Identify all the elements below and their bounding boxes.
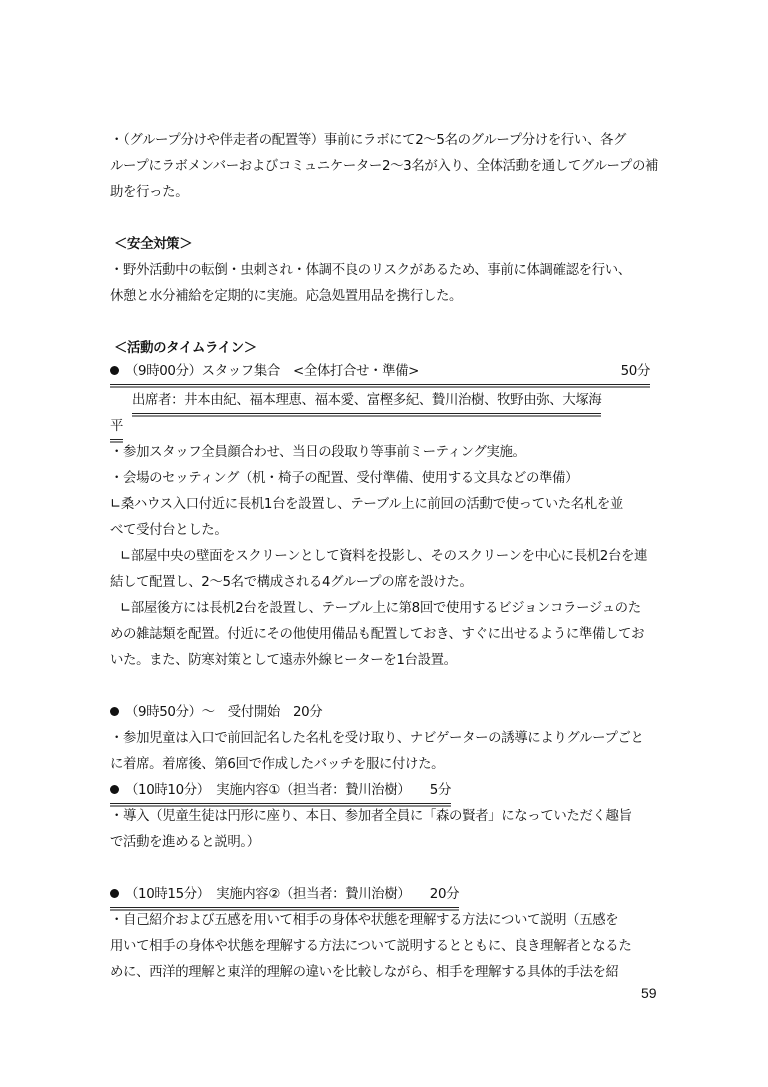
attendees-line: 出席者：井本由紀、福本理恵、福本愛、富樫多紀、贄川治樹、牧野由弥、大塚海 — [110, 388, 662, 414]
text-line: に着席。着席後、第6回で作成したバッチを服に付けた。 — [110, 752, 662, 778]
intro-paragraph: ・（グループ分けや伴走者の配置等）事前にラボにて2～5名のグループ分けを行い、各… — [110, 128, 662, 206]
bullet-icon — [110, 707, 119, 716]
timeline-item-1-title-wrap: （9時00分）スタッフ集合 <全体打合せ・準備> — [110, 362, 419, 382]
timeline-item-header: （9時50分）～ 受付開始 20分 — [110, 700, 662, 726]
section-heading-timeline: ＜活動のタイムライン＞ — [110, 336, 662, 362]
page-number: 59 — [641, 985, 657, 1001]
text-line: 助を行った。 — [110, 180, 662, 206]
text-line: ∟桑ハウス入口付近に長机1台を設置し、テーブル上に前回の活動で使っていた名札を並 — [110, 492, 662, 518]
timeline-item-1-duration: 50分 — [621, 362, 650, 382]
timeline-item-4-title-row: （10時15分） 実施内容②（担当者：贄川治樹） 20分 — [110, 885, 459, 908]
bullet-icon — [110, 889, 119, 898]
attendees-list-cont: 平 — [110, 417, 123, 440]
text-line: 結して配置し、2～5名で構成される4グループの席を設けた。 — [110, 570, 662, 596]
spacer — [110, 856, 662, 882]
text-line: ・導入（児童生徒は円形に座り、本日、参加者全員に「森の賢者」になっていただく趣旨 — [110, 804, 662, 830]
section-heading-safety: ＜安全対策＞ — [110, 232, 662, 258]
spacer — [110, 674, 662, 700]
text-line: ∟部屋中央の壁面をスクリーンとして資料を投影し、そのスクリーンを中心に長机2台を… — [110, 544, 662, 570]
text-line: ループにラボメンバーおよびコミュニケーター2～3名が入り、全体活動を通してグルー… — [110, 154, 662, 180]
text-line: 用いて相手の身体や状態を理解する方法について説明するとともに、良き理解者となるた — [110, 934, 662, 960]
text-line: ・参加スタッフ全員顔合わせ、当日の段取り等事前ミーティング実施。 — [110, 440, 662, 466]
text-line: めに、西洋的理解と東洋的理解の違いを比較しながら、相手を理解する具体的手法を紹 — [110, 960, 662, 986]
text-line: ・（グループ分けや伴走者の配置等）事前にラボにて2～5名のグループ分けを行い、各… — [110, 128, 662, 154]
text-line: ∟部屋後方には長机2台を設置し、テーブル上に第8回で使用するビジョンコラージュの… — [110, 596, 662, 622]
timeline-item-2-title: （9時50分）～ 受付開始 20分 — [125, 705, 322, 720]
document-page: ・（グループ分けや伴走者の配置等）事前にラボにて2～5名のグループ分けを行い、各… — [110, 128, 662, 986]
safety-section: ＜安全対策＞ ・野外活動中の転倒・虫刺され・体調不良のリスクがあるため、事前に体… — [110, 232, 662, 310]
text-line: べて受付台とした。 — [110, 518, 662, 544]
attendees-list: 出席者：井本由紀、福本理恵、福本愛、富樫多紀、贄川治樹、牧野由弥、大塚海 — [132, 391, 601, 414]
bullet-icon — [110, 785, 119, 794]
text-line: ・自己紹介および五感を用いて相手の身体や状態を理解する方法について説明（五感を — [110, 908, 662, 934]
text-line: ・会場のセッティング（机・椅子の配置、受付準備、使用する文具などの準備） — [110, 466, 662, 492]
timeline-item-4-title: （10時15分） 実施内容②（担当者：贄川治樹） 20分 — [125, 887, 459, 902]
timeline-item-1-title: （9時00分）スタッフ集合 <全体打合せ・準備> — [125, 364, 419, 379]
spacer — [110, 310, 662, 336]
text-line: ・野外活動中の転倒・虫刺され・体調不良のリスクがあるため、事前に体調確認を行い、 — [110, 258, 662, 284]
text-line: 休憩と水分補給を定期的に実施。応急処置用品を携行した。 — [110, 284, 662, 310]
spacer — [110, 206, 662, 232]
timeline-item-3-title: （10時10分） 実施内容①（担当者：贄川治樹） 5分 — [125, 783, 451, 798]
text-line: で活動を進めると説明。） — [110, 830, 662, 856]
text-line: めの雑誌類を配置。付近にその他使用備品も配置しておき、すぐに出せるように準備して… — [110, 622, 662, 648]
timeline-item-header: （9時00分）スタッフ集合 <全体打合せ・準備> 50分 — [110, 362, 662, 388]
text-line: ・参加児童は入口で前回記名した名札を受け取り、ナビゲーターの誘導によりグループご… — [110, 726, 662, 752]
timeline-item-3-title-row: （10時10分） 実施内容①（担当者：贄川治樹） 5分 — [110, 781, 451, 804]
text-line: いた。また、防寒対策として遠赤外線ヒーターを1台設置。 — [110, 648, 662, 674]
timeline-item-header: （10時15分） 実施内容②（担当者：贄川治樹） 20分 — [110, 882, 662, 908]
attendees-line: 平 — [110, 414, 662, 440]
bullet-icon — [110, 366, 119, 375]
timeline-item-1-title-row: （9時00分）スタッフ集合 <全体打合せ・準備> 50分 — [110, 362, 650, 385]
timeline-item-header: （10時10分） 実施内容①（担当者：贄川治樹） 5分 — [110, 778, 662, 804]
timeline-section: ＜活動のタイムライン＞ （9時00分）スタッフ集合 <全体打合せ・準備> 50分… — [110, 336, 662, 986]
